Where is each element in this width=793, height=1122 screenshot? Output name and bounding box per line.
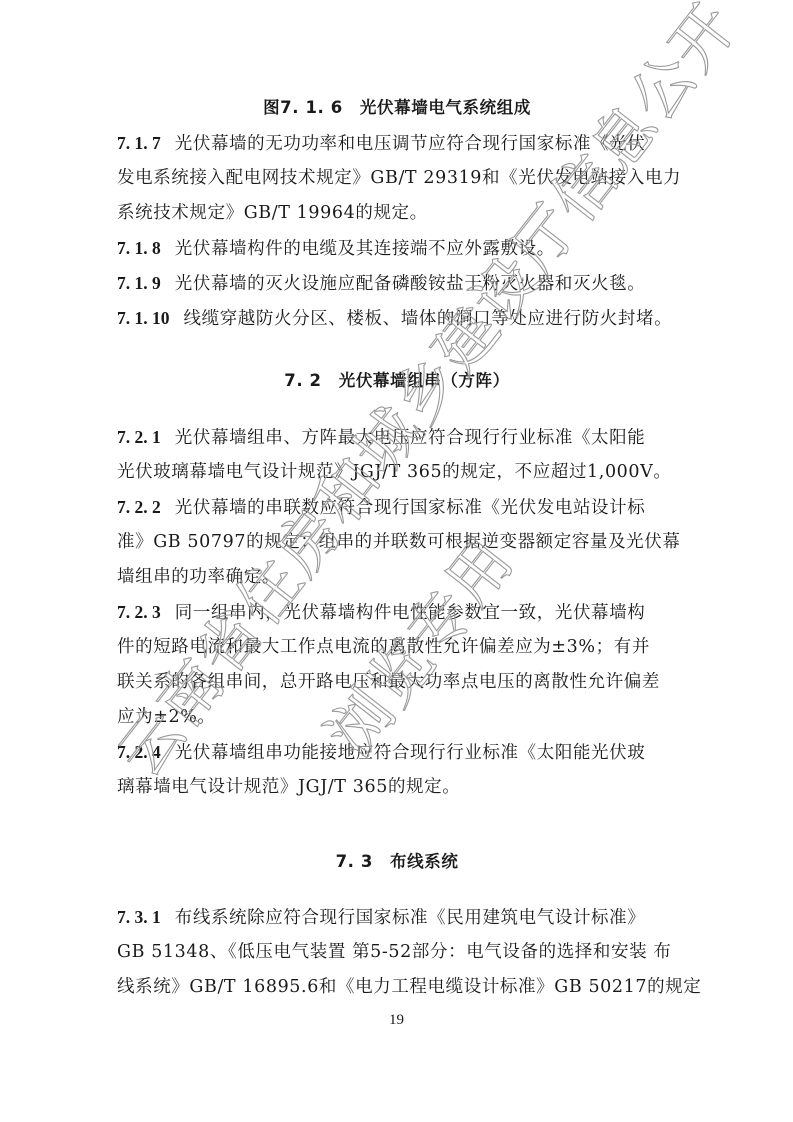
clause-7-2-3-line-4: 应为±2%。 <box>117 705 677 729</box>
section-heading-7-2: 7. 2 光伏幕墙组串（方阵） <box>117 369 677 393</box>
clause-7-1-8: 7. 1. 8光伏幕墙构件的电缆及其连接端不应外露敷设。 <box>117 236 677 261</box>
page-number: 19 <box>0 1012 793 1029</box>
clause-7-3-1-line-1: 7. 3. 1布线系统除应符合现行国家标准《民用建筑电气设计标准》 <box>117 905 677 930</box>
clause-7-1-7-line-1: 7. 1. 7光伏幕墙的无功功率和电压调节应符合现行国家标准《光伏 <box>117 131 677 156</box>
clause-number: 7. 2. 3 <box>117 602 161 622</box>
clause-7-2-4-line-1: 7. 2. 4光伏幕墙组串功能接地应符合现行行业标准《太阳能光伏玻 <box>117 740 677 765</box>
clause-number: 7. 1. 8 <box>117 238 161 258</box>
clause-7-2-2-line-3: 墙组串的功率确定。 <box>117 565 677 589</box>
clause-text: 光伏幕墙构件的电缆及其连接端不应外露敷设。 <box>175 239 555 259</box>
clause-7-1-10: 7. 1. 10线缆穿越防火分区、楼板、墙体的洞口等处应进行防火封堵。 <box>117 306 677 331</box>
clause-text: 线缆穿越防火分区、楼板、墙体的洞口等处应进行防火封堵。 <box>184 309 673 329</box>
clause-7-2-4-line-2: 璃幕墙电气设计规范》JGJ/T 365的规定。 <box>117 775 677 799</box>
clause-7-2-3-line-2: 件的短路电流和最大工作点电流的离散性允许偏差应为±3%；有并 <box>117 635 677 659</box>
clause-number: 7. 1. 7 <box>117 133 161 153</box>
clause-7-2-1-line-2: 光伏玻璃幕墙电气设计规范》JGJ/T 365的规定，不应超过1,000V。 <box>117 460 677 484</box>
clause-number: 7. 2. 2 <box>117 497 161 517</box>
clause-7-1-7-line-2: 发电系统接入配电网技术规定》GB/T 29319和《光伏发电站接入电力 <box>117 166 677 190</box>
clause-7-1-9: 7. 1. 9光伏幕墙的灭火设施应配备磷酸铵盐干粉灭火器和灭火毯。 <box>117 271 677 296</box>
clause-number: 7. 2. 1 <box>117 427 161 447</box>
clause-text: 光伏幕墙的无功功率和电压调节应符合现行国家标准《光伏 <box>175 134 646 154</box>
clause-7-1-7-line-3: 系统技术规定》GB/T 19964的规定。 <box>117 201 677 225</box>
clause-text: 光伏幕墙组串、方阵最大电压应符合现行行业标准《太阳能 <box>175 428 646 448</box>
clause-7-2-2-line-1: 7. 2. 2光伏幕墙的串联数应符合现行国家标准《光伏发电站设计标 <box>117 495 677 520</box>
clause-number: 7. 2. 4 <box>117 742 161 762</box>
section-heading-7-3: 7. 3 布线系统 <box>117 850 677 874</box>
clause-7-3-1-line-2: GB 51348、《低压电气装置 第5-52部分：电气设备的选择和安装 布 <box>117 940 677 964</box>
clause-number: 7. 1. 9 <box>117 273 161 293</box>
figure-caption: 图7. 1. 6 光伏幕墙电气系统组成 <box>117 96 677 120</box>
clause-text: 光伏幕墙的串联数应符合现行国家标准《光伏发电站设计标 <box>175 498 646 518</box>
clause-7-2-1-line-1: 7. 2. 1光伏幕墙组串、方阵最大电压应符合现行行业标准《太阳能 <box>117 425 677 450</box>
clause-text: 光伏幕墙的灭火设施应配备磷酸铵盐干粉灭火器和灭火毯。 <box>175 274 646 294</box>
clause-text: 布线系统除应符合现行国家标准《民用建筑电气设计标准》 <box>175 908 646 928</box>
clause-7-2-3-line-3: 联关系的各组串间，总开路电压和最大功率点电压的离散性允许偏差 <box>117 670 677 694</box>
clause-number: 7. 3. 1 <box>117 907 161 927</box>
clause-7-3-1-line-3: 线系统》GB/T 16895.6和《电力工程电缆设计标准》GB 50217的规定 <box>117 975 677 999</box>
document-page: 图7. 1. 6 光伏幕墙电气系统组成 7. 1. 7光伏幕墙的无功功率和电压调… <box>0 0 793 1122</box>
clause-text: 同一组串内，光伏幕墙构件电性能参数宜一致，光伏幕墙构 <box>175 603 646 623</box>
clause-number: 7. 1. 10 <box>117 308 170 328</box>
clause-7-2-2-line-2: 准》GB 50797的规定；组串的并联数可根据逆变器额定容量及光伏幕 <box>117 530 677 554</box>
clause-text: 光伏幕墙组串功能接地应符合现行行业标准《太阳能光伏玻 <box>175 743 646 763</box>
clause-7-2-3-line-1: 7. 2. 3同一组串内，光伏幕墙构件电性能参数宜一致，光伏幕墙构 <box>117 600 677 625</box>
